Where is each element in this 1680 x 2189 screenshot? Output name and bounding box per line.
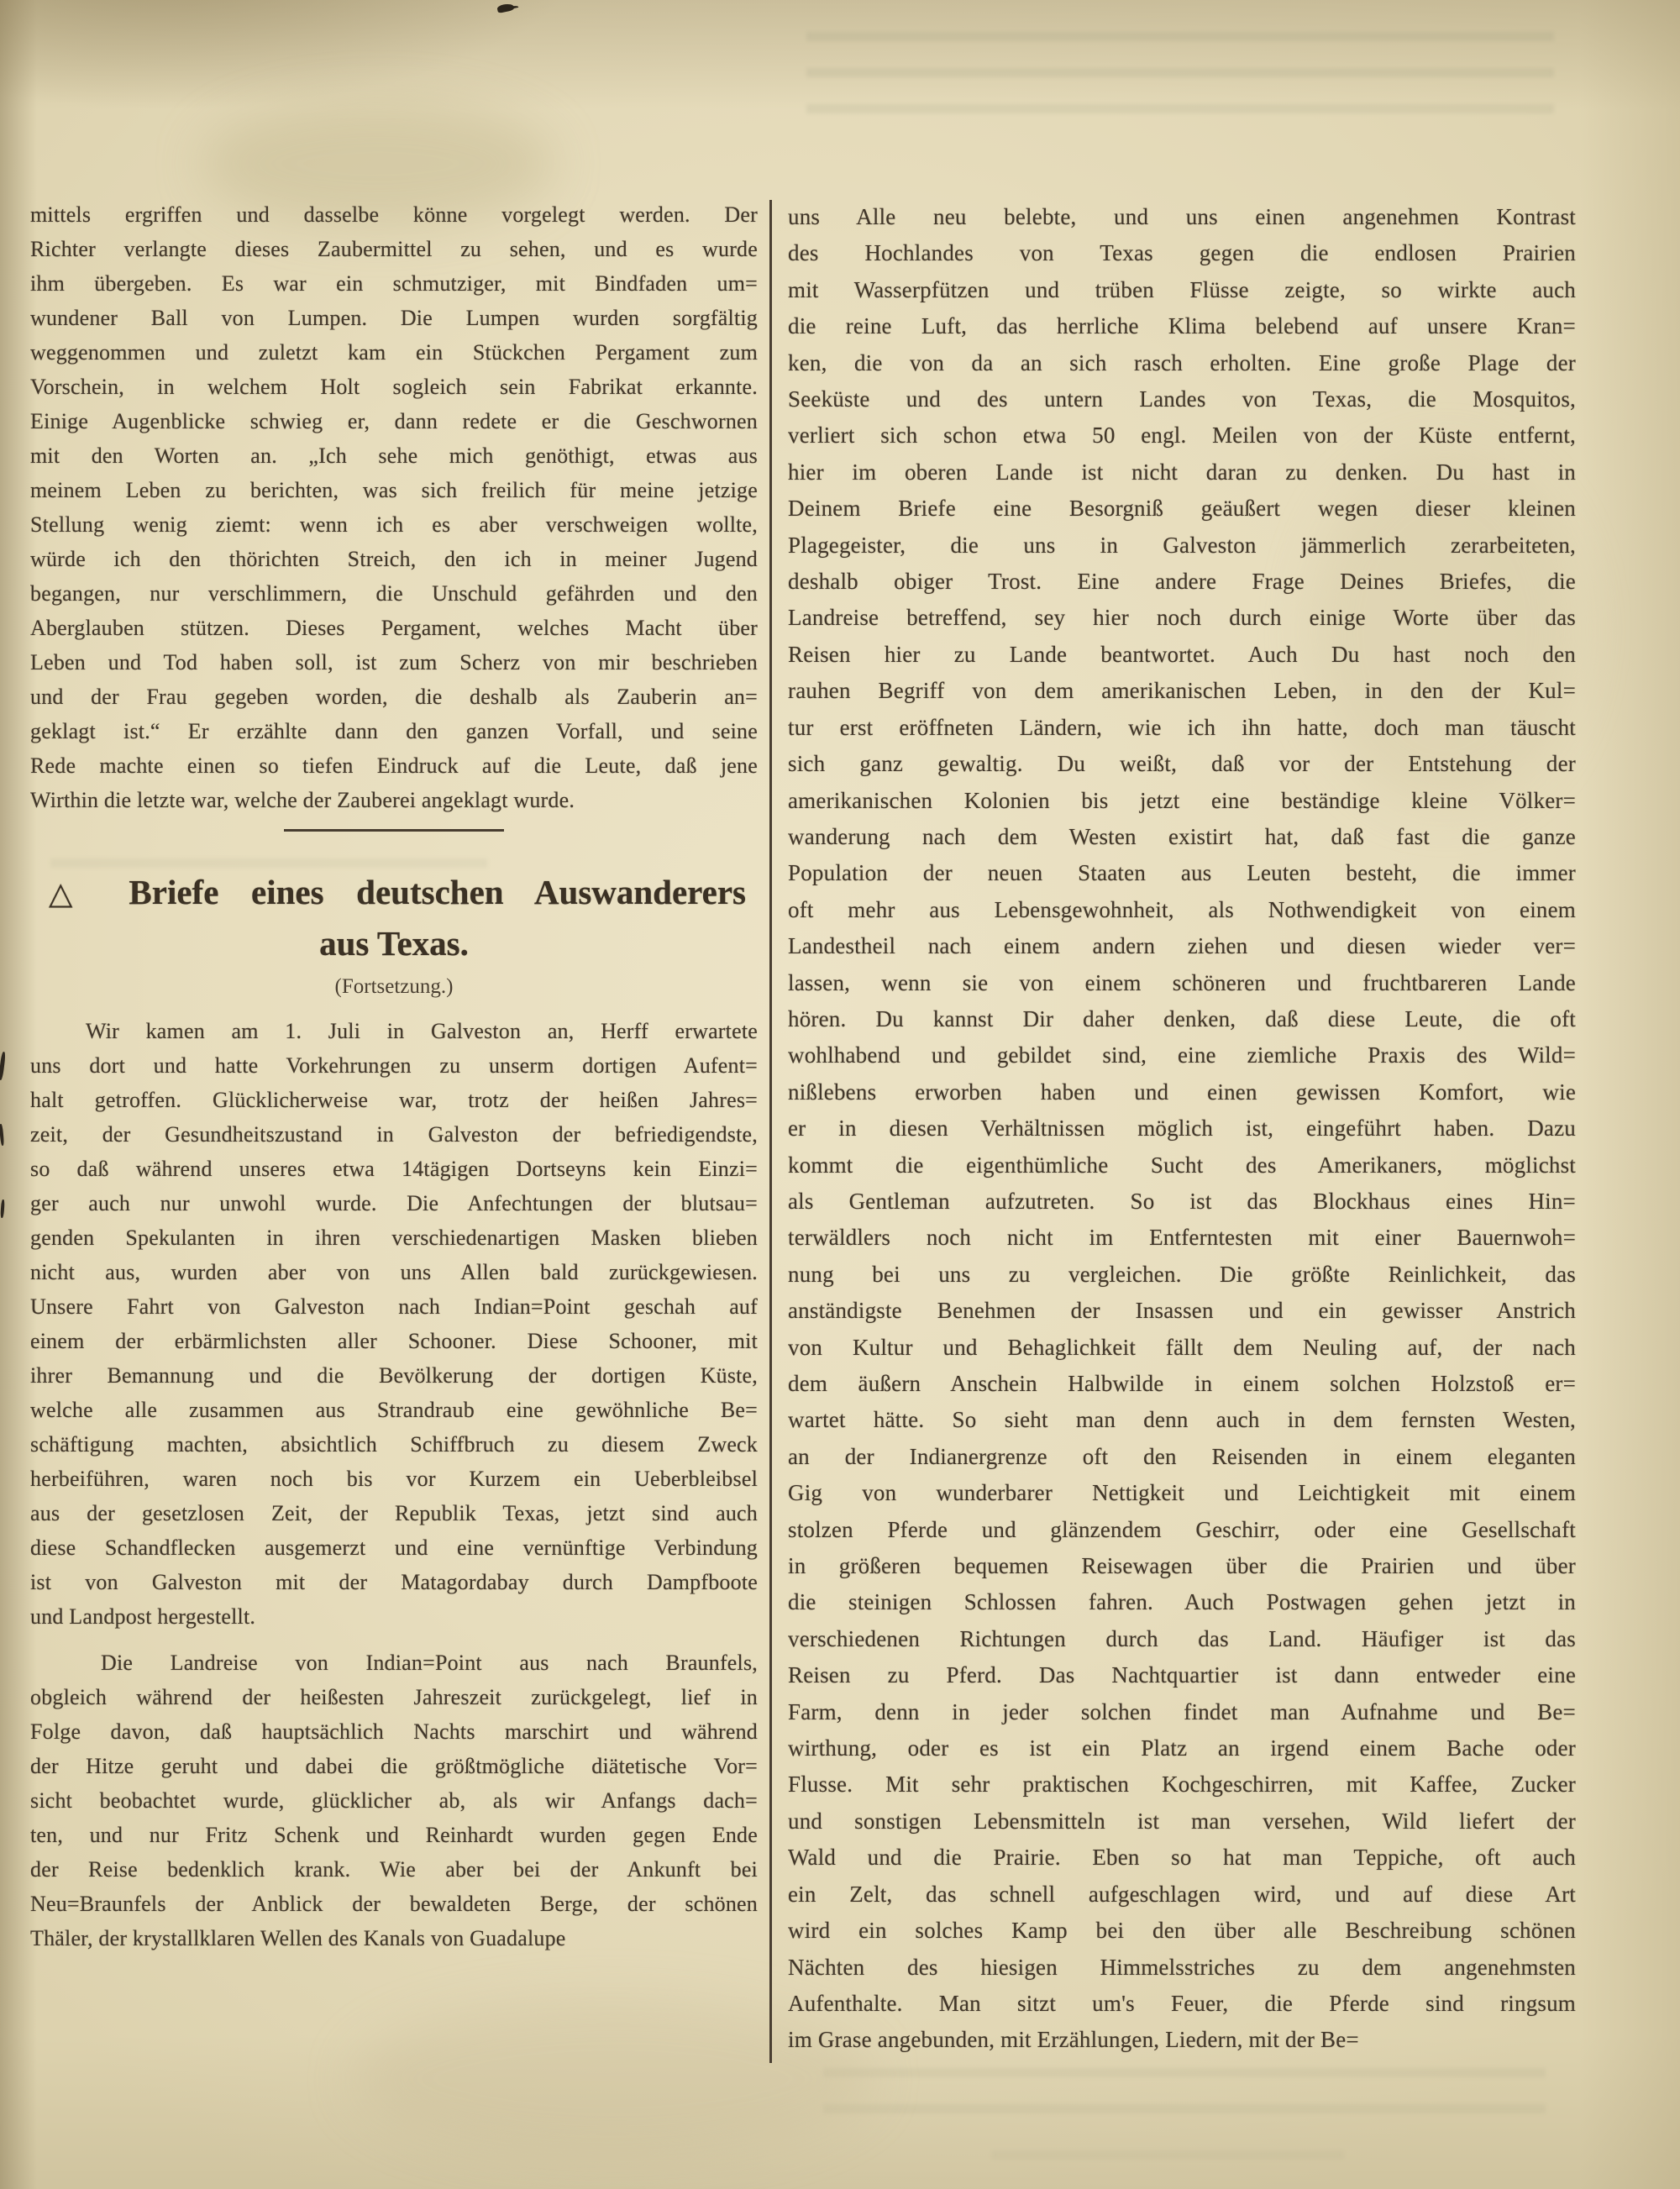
text-line: nißlebens erworben haben und einen gewis… [788,1074,1576,1110]
text-line: wird ein solches Kamp bei den über alle … [788,1913,1576,1949]
text-line: Reisen zu Pferd. Das Nachtquartier ist d… [788,1657,1576,1693]
text-line: uns dort und hatte Vorkehrungen zu unser… [30,1048,758,1083]
text-line: nung bei uns zu vergleichen. Die größte … [788,1257,1576,1293]
text-line: uns Alle neu belebte, und uns einen ange… [788,199,1576,235]
text-line: Farm, denn in jeder solchen findet man A… [788,1694,1576,1730]
right-column: uns Alle neu belebte, und uns einen ange… [788,199,1576,2059]
text-line: dem äußern Anschein Halbwilde in einem s… [788,1366,1576,1402]
text-line: Aberglauben stützen. Dieses Pergament, w… [30,611,758,645]
ink-smudge-mark [496,3,514,13]
text-line: wartet hätte. So sieht man denn auch in … [788,1402,1576,1438]
text-line: Rede machte einen so tiefen Eindruck auf… [30,748,758,783]
continuation-paragraph: uns Alle neu belebte, und uns einen ange… [788,199,1576,2059]
text-line: Nächten des hiesigen Himmelsstriches zu … [788,1950,1576,1986]
text-line: Wir kamen am 1. Juli in Galveston an, He… [30,1014,758,1048]
text-line: wanderung nach dem Westen existirt hat, … [788,819,1576,855]
text-line: tur erst eröffneten Ländern, wie ich ihn… [788,710,1576,746]
text-line: Population der neuen Staaten aus Leuten … [788,855,1576,891]
text-line: wirthung, oder es ist ein Platz an irgen… [788,1730,1576,1766]
article-heading: △ Briefe eines deutschen Auswanderers au… [30,870,758,1000]
text-line: Folge davon, daß hauptsächlich Nachts ma… [30,1714,758,1749]
text-line: sich ganz gewaltig. Du weißt, daß vor de… [788,746,1576,782]
text-line: mit den Worten an. „Ich sehe mich genöth… [30,438,758,473]
text-line: deshalb obiger Trost. Eine andere Frage … [788,564,1576,600]
text-line: welche alle zusammen aus Strandraub eine… [30,1393,758,1427]
text-line: Thäler, der krystallklaren Wellen des Ka… [30,1921,758,1955]
continuation-paragraph: mittels ergriffen und dasselbe könne vor… [30,197,758,817]
text-line: kommt die eigenthümliche Sucht des Ameri… [788,1147,1576,1184]
page-edge-mark [0,1124,4,1146]
text-line: meinem Leben zu berichten, was sich frei… [30,473,758,507]
text-line: hören. Du kannst Dir daher denken, daß d… [788,1001,1576,1037]
text-line: die steinigen Schlossen fahren. Auch Pos… [788,1584,1576,1620]
text-line: zeit, der Gesundheitszustand in Galvesto… [30,1117,758,1152]
text-line: Stellung wenig ziemt: wenn ich es aber v… [30,507,758,542]
text-line: wundener Ball von Lumpen. Die Lumpen wur… [30,301,758,335]
text-line: ihm übergeben. Es war ein schmutziger, m… [30,266,758,301]
text-line: anständigste Benehmen der Insassen und e… [788,1293,1576,1329]
text-line: Gig von wunderbarer Nettigkeit und Leich… [788,1475,1576,1511]
bleedthrough-text-smudge [823,2068,1546,2115]
text-line: ihrer Bemannung und die Bevölkerung der … [30,1358,758,1393]
text-line: von Kultur und Behaglichkeit fällt dem N… [788,1330,1576,1366]
text-line: Vorschein, in welchem Holt sogleich sein… [30,370,758,404]
text-line: Plagegeister, die uns in Galveston jämme… [788,528,1576,564]
text-line: Einige Augenblicke schwieg er, dann rede… [30,404,758,438]
text-line: begangen, nur verschlimmern, die Unschul… [30,576,758,611]
text-line: Landestheil nach einem andern ziehen und… [788,928,1576,964]
text-line: herbeiführen, waren noch bis vor Kurzem … [30,1462,758,1496]
body-paragraph: Wir kamen am 1. Juli in Galveston an, He… [30,1014,758,1634]
text-line: Aufenthalte. Man sitzt um's Feuer, die P… [788,1986,1576,2022]
text-line: der Hitze geruht und dabei die größtmögl… [30,1749,758,1783]
bleedthrough-text-smudge [991,2150,1344,2184]
page-edge-mark [0,1199,5,1218]
text-line: oft mehr aus Lebensgewohnheit, als Nothw… [788,892,1576,928]
text-line: ger auch nur unwohl wurde. Die Anfechtun… [30,1186,758,1220]
article-title-line2: aus Texas. [30,921,758,966]
text-line: genden Spekulanten in ihren verschiedena… [30,1220,758,1255]
text-line: einem der erbärmlichsten aller Schooner.… [30,1324,758,1358]
article-title-text: Briefe eines deutschen Auswanderers [129,873,746,911]
text-line: der Reise bedenklich krank. Wie aber bei… [30,1852,758,1887]
text-line: halt getroffen. Glücklicherweise war, tr… [30,1083,758,1117]
newspaper-page: mittels ergriffen und dasselbe könne vor… [0,0,1680,2189]
text-line: mittels ergriffen und dasselbe könne vor… [30,197,758,232]
text-line: aus der gesetzlosen Zeit, der Republik T… [30,1496,758,1530]
text-line: die reine Luft, das herrliche Klima bele… [788,308,1576,344]
text-line: Die Landreise von Indian=Point aus nach … [30,1646,758,1680]
text-line: als Gentleman aufzutreten. So ist das Bl… [788,1184,1576,1220]
page-edge-mark [0,1052,6,1080]
article-title-line1: △ Briefe eines deutschen Auswanderers [30,870,758,916]
text-line: terwäldlers noch nicht im Entferntesten … [788,1220,1576,1256]
left-column: mittels ergriffen und dasselbe könne vor… [30,197,758,1955]
text-line: obgleich während der heißesten Jahreszei… [30,1680,758,1714]
text-line: in größeren bequemen Reisewagen über die… [788,1548,1576,1584]
text-line: ein Zelt, das schnell aufgeschlagen wird… [788,1877,1576,1913]
editorial-triangle-mark: △ [49,875,97,911]
text-line: amerikanischen Kolonien bis jetzt eine b… [788,783,1576,819]
text-line: geklagt ist.“ Er erzählte dann den ganze… [30,714,758,748]
text-line: Flusse. Mit sehr praktischen Kochgeschir… [788,1766,1576,1803]
column-divider-rule [769,200,772,2063]
text-line: hier im oberen Lande ist nicht daran zu … [788,454,1576,491]
text-line: stolzen Pferde und glänzendem Geschirr, … [788,1512,1576,1548]
text-line: und sonstigen Lebensmitteln ist man vers… [788,1803,1576,1840]
text-line: Seeküste und des untern Landes von Texas… [788,381,1576,417]
text-line: ten, und nur Fritz Schenk und Reinhardt … [30,1818,758,1852]
text-line: er in diesen Verhältnissen möglich ist, … [788,1110,1576,1147]
text-line: sicht beobachtet wurde, glücklicher ab, … [30,1783,758,1818]
text-line: Landreise betreffend, sey hier noch durc… [788,600,1576,636]
text-line: diese Schandflecken ausgemerzt und eine … [30,1530,758,1565]
text-line: verschiedenen Richtungen durch das Land.… [788,1621,1576,1657]
text-line: im Grase angebunden, mit Erzählungen, Li… [788,2022,1576,2058]
text-line: mit Wasserpfützen und trüben Flüsse zeig… [788,272,1576,308]
text-line: schäftigung machten, absichtlich Schiffb… [30,1427,758,1462]
text-line: rauhen Begriff von dem amerikanischen Le… [788,673,1576,709]
text-line: verliert sich schon etwa 50 engl. Meilen… [788,417,1576,454]
text-line: Richter verlangte dieses Zaubermittel zu… [30,232,758,266]
body-paragraph: Die Landreise von Indian=Point aus nach … [30,1646,758,1955]
text-line: Reisen hier zu Lande beantwortet. Auch D… [788,637,1576,673]
text-line: weggenommen und zuletzt kam ein Stückche… [30,335,758,370]
text-line: Unsere Fahrt von Galveston nach Indian=P… [30,1289,758,1324]
text-line: des Hochlandes von Texas gegen die endlo… [788,235,1576,271]
text-line: nicht aus, wurden aber von uns Allen bal… [30,1255,758,1289]
text-line: an der Indianergrenze oft den Reisenden … [788,1439,1576,1475]
bleedthrough-text-smudge [806,32,1554,116]
text-line: würde ich den thörichten Streich, den ic… [30,542,758,576]
text-line: Wirthin die letzte war, welche der Zaube… [30,783,758,817]
text-line: ist von Galveston mit der Matagordabay d… [30,1565,758,1599]
text-line: wohlhabend und gebildet sind, eine zieml… [788,1037,1576,1074]
text-line: Deinem Briefe eine Besorgniß geäußert we… [788,491,1576,527]
text-line: Wald und die Prairie. Eben so hat man Te… [788,1840,1576,1876]
text-line: Neu=Braunfels der Anblick der bewaldeten… [30,1887,758,1921]
section-divider-rule [284,829,504,832]
text-line: so daß während unseres etwa 14tägigen Do… [30,1152,758,1186]
text-line: ken, die von da an sich rasch erholten. … [788,345,1576,381]
text-line: Leben und Tod haben soll, ist zum Scherz… [30,645,758,680]
text-line: und der Frau gegeben worden, die deshalb… [30,680,758,714]
article-subtitle: (Fortsetzung.) [30,974,758,1000]
text-line: und Landpost hergestellt. [30,1599,758,1634]
text-line: lassen, wenn sie von einem schöneren und… [788,965,1576,1001]
